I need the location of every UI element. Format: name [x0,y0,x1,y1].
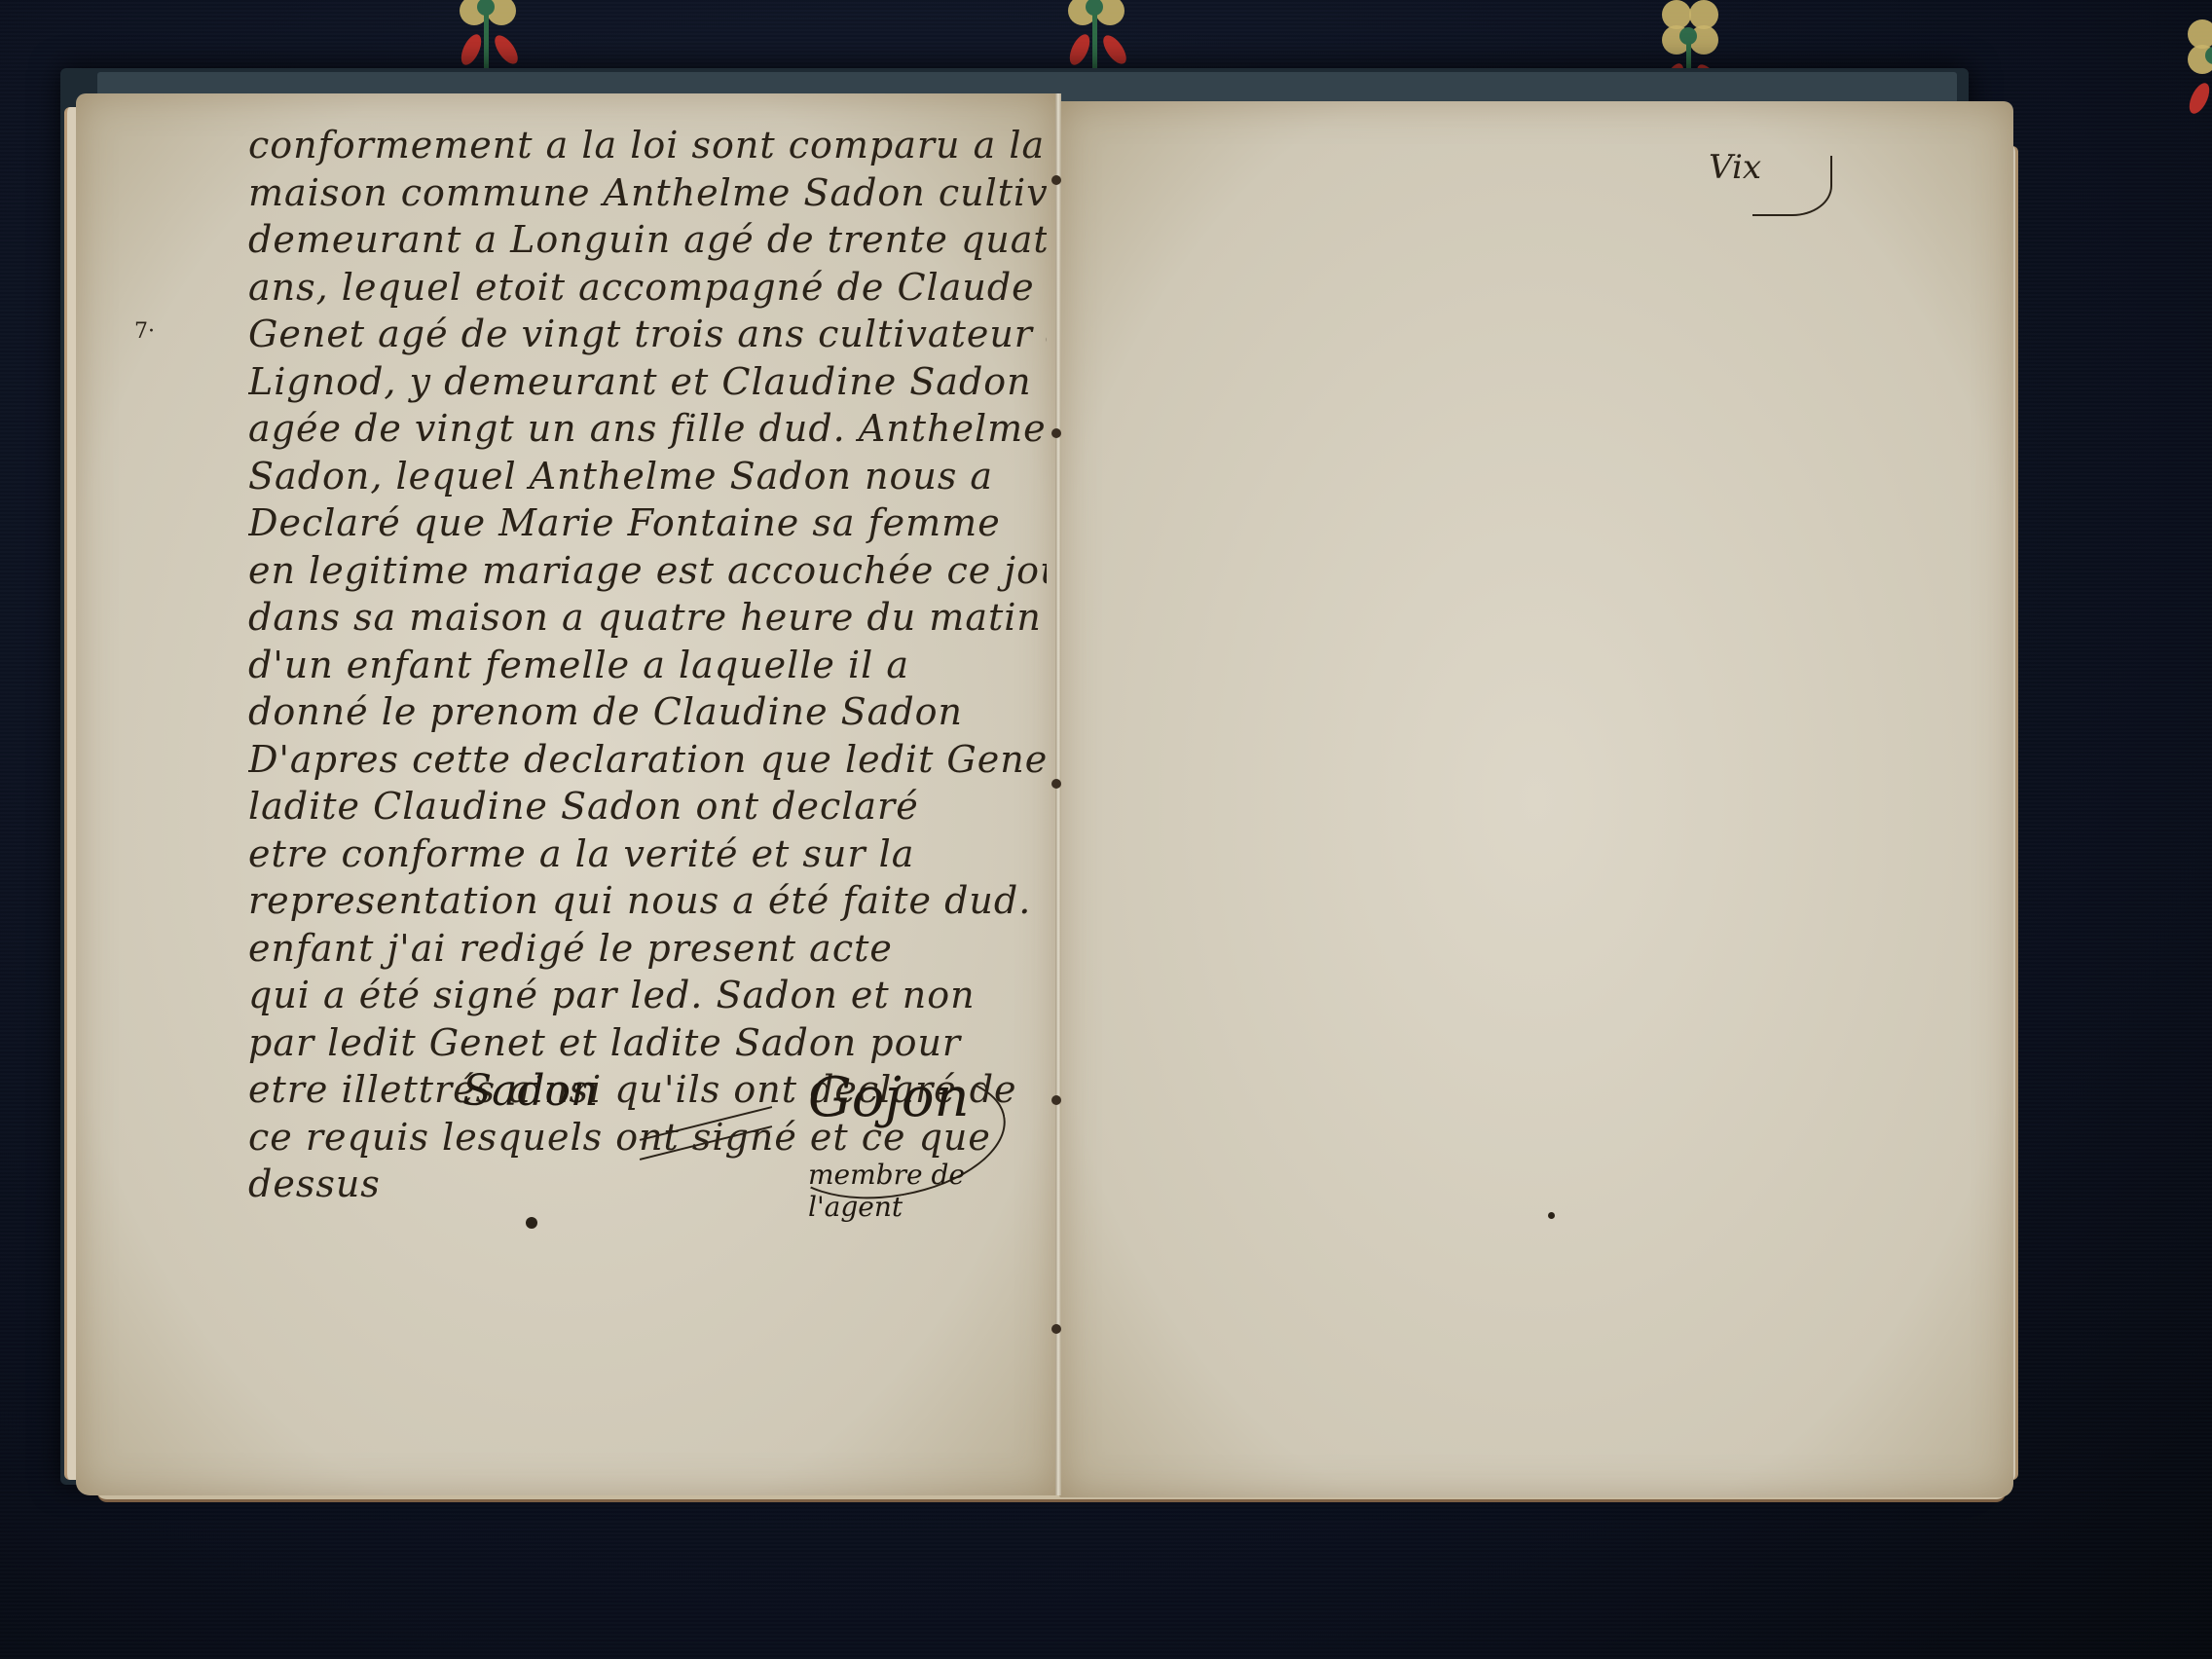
manuscript-line: dans sa maison a quatre heure du matin [248,594,1047,642]
manuscript-line: Sadon, lequel Anthelme Sadon nous a [248,453,1047,500]
binding-stitch [1051,779,1061,789]
signature-official: Gojon membre de l'agent [779,1066,1032,1202]
manuscript-line: enfant j'ai redigé le present acte [248,925,1047,973]
book-gutter [1055,93,1061,1495]
manuscript-line: d'un enfant femelle a laquelle il a [248,642,1047,689]
manuscript-line: etre conforme a la verité et sur la [248,830,1047,878]
embroidered-flower-icon [2166,19,2212,136]
paraph-loop-icon [1752,156,1832,216]
manuscript-text: conformement a la loi sont comparu a la … [248,122,1047,1208]
manuscript-line: ladite Claudine Sadon ont declaré [248,783,1047,830]
manuscript-line: qui a été signé par led. Sadon et non [248,972,1047,1019]
binding-stitch [1051,1324,1061,1334]
binding-stitch [1051,428,1061,438]
manuscript-line: representation qui nous a été faite dud. [248,877,1047,925]
ink-spot [1548,1212,1555,1219]
manuscript-line: donné le prenom de Claudine Sadon [248,688,1047,736]
manuscript-line: par ledit Genet et ladite Sadon pour [248,1019,1047,1067]
ink-spot [526,1217,537,1229]
manuscript-line: Declaré que Marie Fontaine sa femme [248,499,1047,547]
manuscript-line: ans, lequel etoit accompagné de Claude [248,264,1047,312]
signature-declarant: Sadon [462,1066,598,1116]
manuscript-line: D'apres cette declaration que ledit Gene… [248,736,1047,784]
manuscript-line: en legitime mariage est accouchée ce jou… [248,547,1047,595]
signature-official-title: membre de l'agent [808,1159,1032,1223]
manuscript-line: conformement a la loi sont comparu a la [248,122,1047,169]
signature-official-name: Gojon [808,1066,970,1129]
manuscript-line: Genet agé de vingt trois ans cultivateur… [248,311,1047,358]
manuscript-line: agée de vingt un ans fille dud. Anthelme [248,405,1047,453]
margin-mark: 7· [134,319,155,344]
manuscript-line: Lignod, y demeurant et Claudine Sadon [248,358,1047,406]
cross-mark-icon [638,1115,784,1154]
binding-stitch [1051,175,1061,185]
manuscript-line: maison commune Anthelme Sadon cultivateu… [248,169,1047,217]
manuscript-line: demeurant a Longuin agé de trente quatre [248,216,1047,264]
right-page [1059,101,2013,1497]
binding-stitch [1051,1095,1061,1105]
